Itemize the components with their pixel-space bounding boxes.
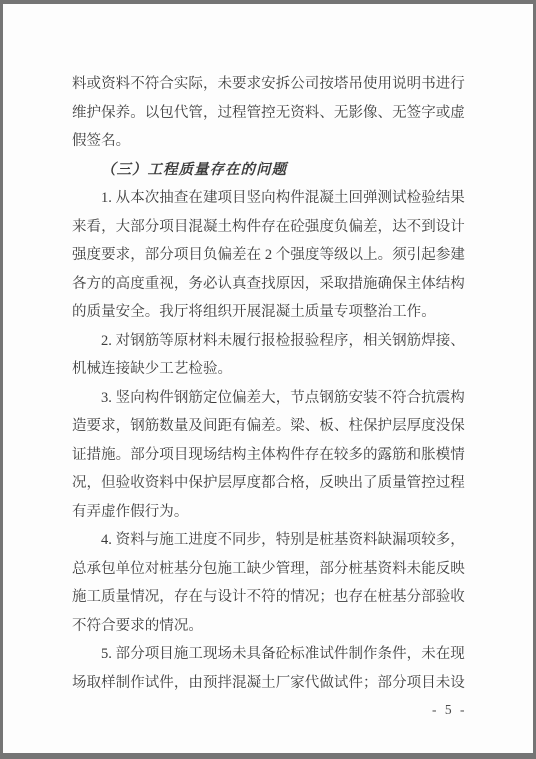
text-line: 5. 部分项目施工现场未具备砼标准试件制作条件，未在现 [72,640,468,669]
text-line: 料或资料不符合实际，未要求安拆公司按塔吊使用说明书进行 [72,70,468,99]
text-line: 来看，大部分项目混凝土构件存在砼强度负偏差，达不到设计 [72,213,468,242]
paragraph-3-rebar-positioning: 3. 竖向构件钢筋定位偏差大，节点钢筋安装不符合抗震构造要求，钢筋数量及间距有偏… [72,384,468,527]
paragraph-2-rebar-inspection: 2. 对钢筋等原材料未履行报检报验程序，相关钢筋焊接、机械连接缺少工艺检验。 [72,327,468,384]
text-line: 施工质量情况，存在与设计不符的情况；也存在桩基分部验收 [72,583,468,612]
text-line: （三）工程质量存在的问题 [72,156,468,185]
text-line: 造要求，钢筋数量及间距有偏差。梁、板、柱保护层厚度没保 [72,412,468,441]
document-body: 料或资料不符合实际，未要求安拆公司按塔吊使用说明书进行维护保养。以包代管，过程管… [72,70,468,697]
paragraph-5-concrete-test-specimens: 5. 部分项目施工现场未具备砼标准试件制作条件，未在现场取样制作试件，由预拌混凝… [72,640,468,697]
text-line: 有弄虚作假行为。 [72,498,468,527]
text-line: 的质量安全。我厅将组织开展混凝土质量专项整治工作。 [72,298,468,327]
paragraph-tower-crane-continued: 料或资料不符合实际，未要求安拆公司按塔吊使用说明书进行维护保养。以包代管，过程管… [72,70,468,156]
text-line: 况，但验收资料中保护层厚度都合格，反映出了质量管控过程 [72,469,468,498]
page-number: - 5 - [432,702,467,718]
text-line: 场取样制作试件，由预拌混凝土厂家代做试件；部分项目未设 [72,669,468,698]
text-line: 1. 从本次抽查在建项目竖向构件混凝土回弹测试检验结果 [72,184,468,213]
document-page: 料或资料不符合实际，未要求安拆公司按塔吊使用说明书进行维护保养。以包代管，过程管… [3,4,533,753]
text-line: 2. 对钢筋等原材料未履行报检报验程序，相关钢筋焊接、 [72,327,468,356]
text-line: 总承包单位对桩基分包施工缺少管理，部分桩基资料未能反映 [72,555,468,584]
text-line: 4. 资料与施工进度不同步，特别是桩基资料缺漏项较多， [72,526,468,555]
scanned-document-viewport: 料或资料不符合实际，未要求安拆公司按塔吊使用说明书进行维护保养。以包代管，过程管… [0,0,536,759]
text-line: 强度要求，部分项目负偏差在 2 个强度等级以上。须引起参建 [72,241,468,270]
paragraph-4-pile-foundation-records: 4. 资料与施工进度不同步，特别是桩基资料缺漏项较多，总承包单位对桩基分包施工缺… [72,526,468,640]
section-heading-quality-problems: （三）工程质量存在的问题 [72,156,468,185]
paragraph-1-concrete-rebound-test: 1. 从本次抽查在建项目竖向构件混凝土回弹测试检验结果来看，大部分项目混凝土构件… [72,184,468,327]
text-line: 机械连接缺少工艺检验。 [72,355,468,384]
text-line: 各方的高度重视，务必认真查找原因，采取措施确保主体结构 [72,270,468,299]
text-line: 不符合要求的情况。 [72,612,468,641]
text-line: 维护保养。以包代管，过程管控无资料、无影像、无签字或虚 [72,99,468,128]
text-line: 3. 竖向构件钢筋定位偏差大，节点钢筋安装不符合抗震构 [72,384,468,413]
text-line: 假签名。 [72,127,468,156]
text-line: 证措施。部分项目现场结构主体构件存在较多的露筋和胀模情 [72,441,468,470]
